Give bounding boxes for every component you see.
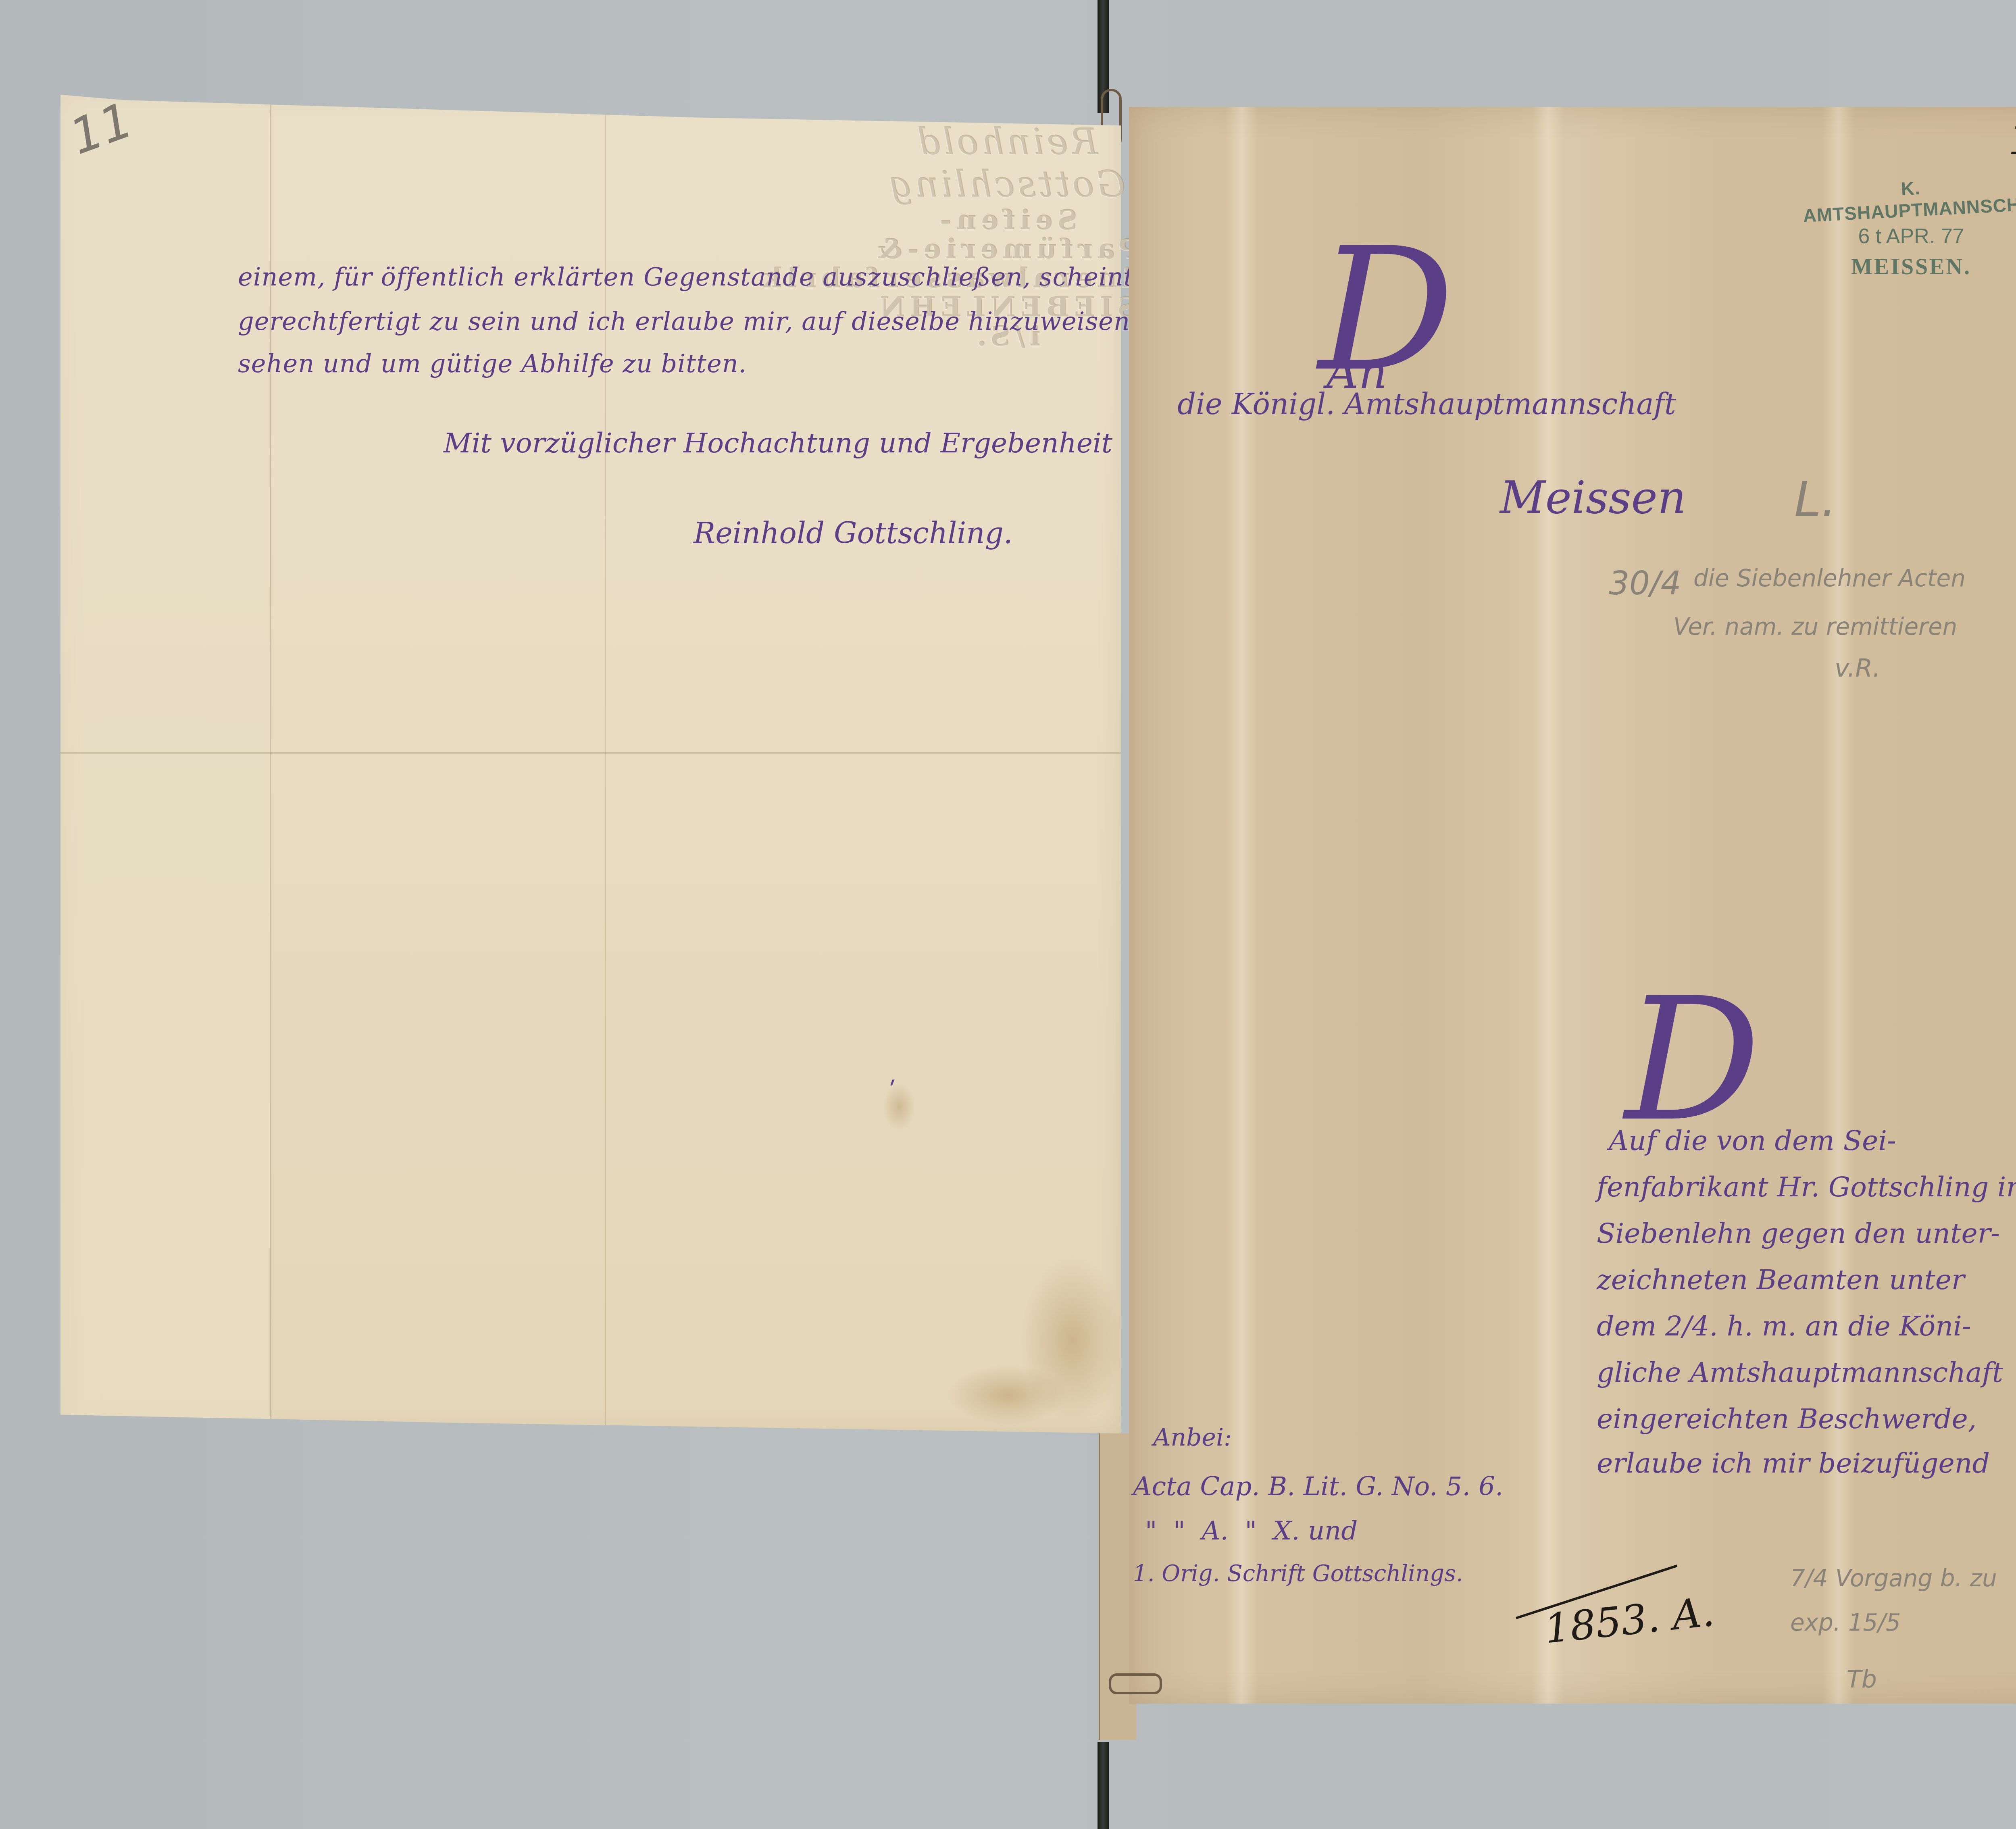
letter-line-4: zeichneten Beamten unter bbox=[1597, 1264, 1965, 1296]
pencil-bottom-line2: exp. 15/5 bbox=[1790, 1609, 1901, 1636]
letter-body-line-3: sehen und um gütige Abhilfe zu bitten. bbox=[238, 349, 747, 378]
enclosures-heading: Anbei: bbox=[1153, 1423, 1232, 1452]
enclosures-line-1: Acta Cap. B. Lit. G. No. 5. 6. bbox=[1133, 1472, 1503, 1502]
letterhead-line2: Seifen-Parfümerie-& bbox=[845, 206, 1167, 264]
letter-line-1: Auf die von dem Sei- bbox=[1609, 1125, 1896, 1157]
letter-body-line-1: einem, für öffentlich erklärten Gegensta… bbox=[238, 262, 1262, 292]
letter-signature: Reinhold Gottschling. bbox=[694, 516, 1013, 550]
letter-closing: Mit vorzüglicher Hochachtung und Ergeben… bbox=[444, 427, 1112, 459]
letterhead-name: Reinhold Gottschling bbox=[845, 121, 1167, 206]
letter-initial: D bbox=[1625, 976, 1761, 1145]
pencil-bottom-initials: Tb bbox=[1847, 1665, 1877, 1694]
address-mark: L. bbox=[1794, 472, 1837, 528]
pencil-bottom-line1: 7/4 Vorgang b. zu bbox=[1790, 1564, 1997, 1592]
ink-mark: ʹ bbox=[889, 1077, 896, 1105]
letter-line-3: Siebenlehn gegen den unter- bbox=[1597, 1218, 2000, 1250]
vertical-fold bbox=[605, 95, 606, 1433]
water-stain bbox=[948, 1365, 1068, 1425]
paper-crease bbox=[1226, 107, 1258, 1704]
letter-line-6: gliche Amtshauptmannschaft bbox=[1597, 1357, 2003, 1389]
letter-body-line-2: gerechtfertigt zu sein und ich erlaube m… bbox=[238, 306, 1168, 336]
address-city: Meissen bbox=[1500, 472, 1686, 523]
horizontal-fold bbox=[60, 752, 1121, 754]
stamp-city: MEISSEN. bbox=[1802, 254, 2016, 280]
letter-line-2: fenfabrikant Hr. Gottschling in bbox=[1597, 1171, 2016, 1203]
folio-number: 12 × bbox=[2008, 113, 2016, 165]
paper-crease bbox=[1532, 107, 1564, 1704]
stamp-authority: K. AMTSHAUPTMANNSCHAFT bbox=[1801, 172, 2016, 227]
pencil-note-initials: v.R. bbox=[1835, 653, 1881, 683]
enclosures-line-3: 1. Orig. Schrift Gottschlings. bbox=[1133, 1560, 1463, 1587]
enclosures-line-2: " " A. " X. und bbox=[1145, 1516, 1358, 1546]
stamp-date: 6 t APR. 77 bbox=[1802, 224, 2016, 248]
pencil-note-date: 30/4 bbox=[1609, 565, 1681, 602]
ink-blot bbox=[883, 1083, 915, 1131]
letter-line-5: dem 2/4. h. m. an die Köni- bbox=[1597, 1310, 1971, 1342]
folded-flap bbox=[60, 95, 271, 1433]
pencil-note-line1: die Siebenlehner Acten bbox=[1693, 565, 1966, 592]
letter-line-7: eingereichten Beschwerde, bbox=[1597, 1403, 1976, 1435]
letter-line-8: erlaube ich mir beizufügend bbox=[1597, 1448, 1990, 1479]
receipt-stamp: K. AMTSHAUPTMANNSCHAFT 6 t APR. 77 MEISS… bbox=[1802, 177, 2016, 280]
address-recipient: die Königl. Amtshauptmannschaft bbox=[1177, 387, 1676, 421]
pencil-note-line2: Ver. nam. zu remittieren bbox=[1673, 613, 1957, 640]
binding-spine-bottom bbox=[1098, 1742, 1109, 1829]
binding-thread-bottom bbox=[1109, 1673, 1162, 1694]
